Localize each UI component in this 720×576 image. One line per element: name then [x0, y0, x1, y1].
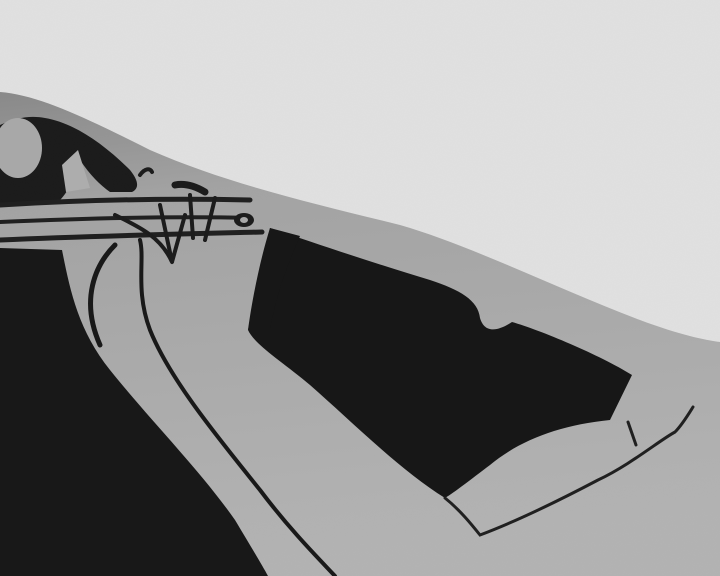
film-grain	[0, 0, 720, 576]
pottery-fragment-photo	[0, 0, 720, 576]
